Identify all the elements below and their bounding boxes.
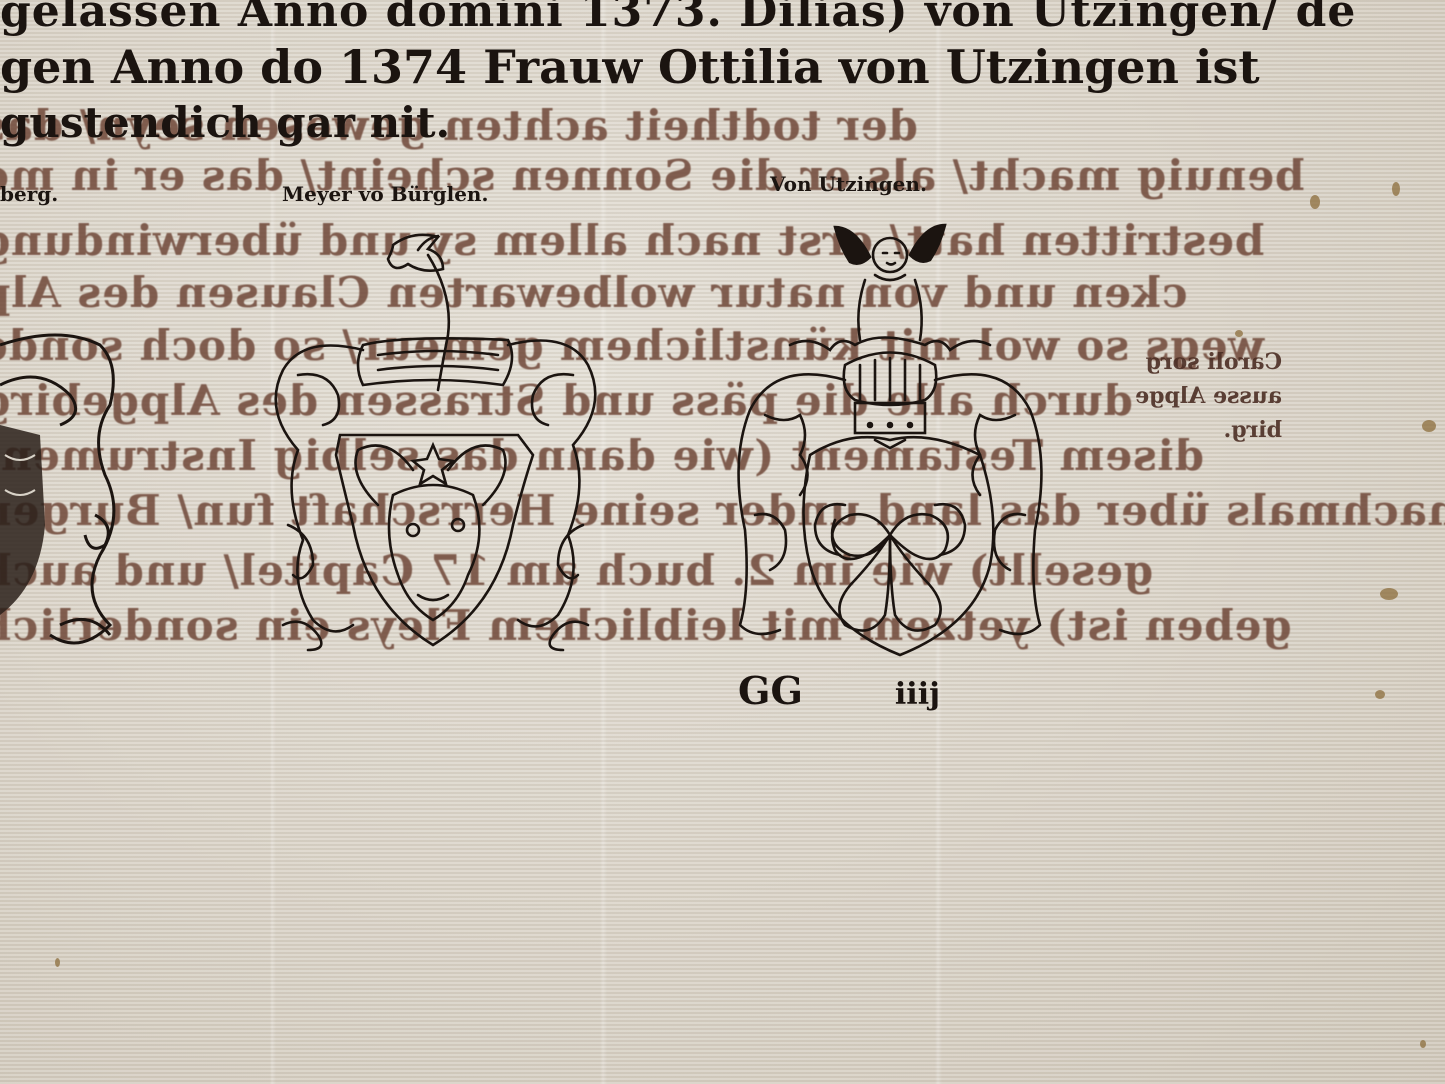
coat-caption-berg: berg. bbox=[0, 182, 58, 206]
body-text-line-3: gustendich gar nit. bbox=[0, 98, 450, 147]
margin-note-line: Caroli sorg bbox=[1082, 345, 1282, 379]
showthrough-line: geben ist) yetzem mit leiblichem Fleys e… bbox=[0, 600, 1292, 652]
folio-number: iiij bbox=[895, 677, 940, 712]
showthrough-line: wegs so wol mit künstlichem gemeur/ so d… bbox=[0, 320, 1265, 372]
showthrough-line: bestritten hatt/ erst nach allem sy und … bbox=[0, 215, 1264, 267]
coat-of-arms-partial-icon bbox=[0, 325, 130, 665]
coat-of-arms-meyer-icon bbox=[268, 225, 608, 665]
showthrough-line: nachmals über das land under seine Herrs… bbox=[0, 485, 1445, 537]
foxing-spot bbox=[1375, 690, 1385, 699]
margin-note-line: birg. bbox=[1082, 413, 1282, 447]
mirrored-margin-note: Caroli sorg ausse Alpge birg. bbox=[1082, 345, 1282, 447]
body-text-line-1: gelassen Anno domini 1373. Dilias) von U… bbox=[0, 0, 1356, 37]
foxing-spot bbox=[1392, 182, 1400, 196]
foxing-spot bbox=[1420, 1040, 1426, 1048]
body-text-line-2: gen Anno do 1374 Frauw Ottilia von Utzin… bbox=[0, 40, 1260, 94]
signature-mark: GGiiij bbox=[738, 668, 940, 713]
coat-of-arms-utzingen-icon bbox=[735, 215, 1065, 665]
paper-page: der todtheit achten gewesen seyn/ das be… bbox=[0, 0, 1445, 1084]
signature-letters: GG bbox=[738, 668, 803, 713]
foxing-spot bbox=[55, 958, 60, 967]
coat-caption-meyer: Meyer vo Bürglen. bbox=[282, 182, 488, 206]
margin-note-line: ausse Alpge bbox=[1082, 379, 1282, 413]
foxing-spot bbox=[1235, 330, 1243, 337]
showthrough-line: benuig macht/ als er die Sonnen scheint/… bbox=[0, 150, 1304, 202]
foxing-spot bbox=[1380, 588, 1398, 600]
coat-caption-utzingen: Von Utzingen. bbox=[770, 172, 927, 196]
foxing-spot bbox=[1310, 195, 1320, 209]
foxing-spot bbox=[1422, 420, 1436, 432]
